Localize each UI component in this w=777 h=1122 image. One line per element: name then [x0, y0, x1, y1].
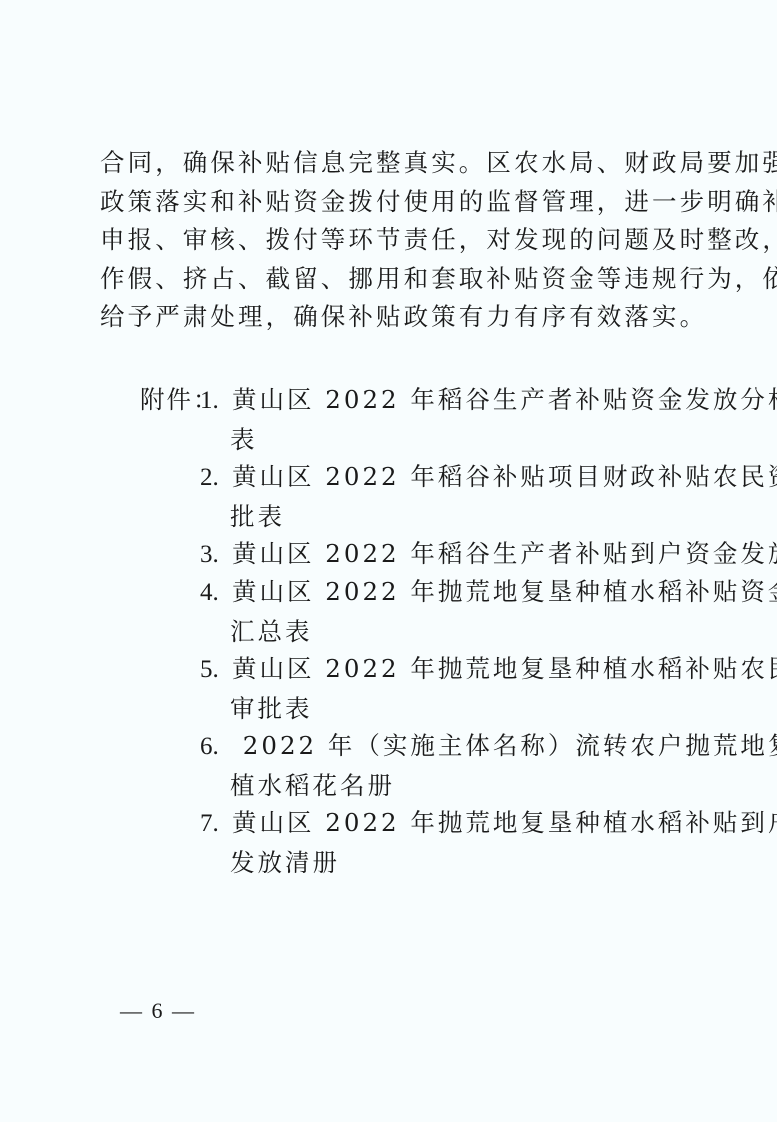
- attachment-item: 6. 2022 年（实施主体名称）流转农户抛荒地复垦种 植水稻花名册: [200, 727, 777, 805]
- page-number: — 6 —: [120, 998, 196, 1024]
- attachment-line-continued: 汇总表: [200, 613, 777, 652]
- attachment-title: 2022 年（实施主体名称）流转农户抛荒地复垦种: [232, 731, 777, 760]
- attachment-title: 黄山区 2022 年稻谷生产者补贴到户资金发放清册: [232, 539, 777, 568]
- body-paragraph: 合同，确保补贴信息完整真实。区农水局、财政局要加强对补贴 政策落实和补贴资金拨付…: [100, 144, 690, 337]
- body-line: 给予严肃处理，确保补贴政策有力有序有效落实。: [100, 298, 690, 337]
- attachment-number: 7.: [200, 805, 232, 844]
- attachment-number: 1.: [200, 382, 232, 421]
- attachment-line: 1.黄山区 2022 年稻谷生产者补贴资金发放分村汇总: [200, 381, 777, 421]
- attachment-title: 黄山区 2022 年抛荒地复垦种植水稻补贴到户资金: [232, 808, 777, 837]
- body-line: 合同，确保补贴信息完整真实。区农水局、财政局要加强对补贴: [100, 144, 690, 183]
- body-line: 申报、审核、拨付等环节责任，对发现的问题及时整改，对弄虚: [100, 221, 690, 260]
- document-page: 合同，确保补贴信息完整真实。区农水局、财政局要加强对补贴 政策落实和补贴资金拨付…: [0, 0, 777, 1122]
- attachment-item: 2.黄山区 2022 年稻谷补贴项目财政补贴农民资金审 批表: [200, 458, 777, 536]
- attachment-line-continued: 植水稻花名册: [200, 767, 777, 806]
- attachment-item: 3.黄山区 2022 年稻谷生产者补贴到户资金发放清册: [200, 535, 777, 575]
- attachment-number: 2.: [200, 459, 232, 498]
- attachment-title: 黄山区 2022 年稻谷补贴项目财政补贴农民资金审: [232, 462, 777, 491]
- attachment-line-continued: 批表: [200, 498, 777, 537]
- attachment-number: 3.: [200, 536, 232, 575]
- attachment-line: 6. 2022 年（实施主体名称）流转农户抛荒地复垦种: [200, 727, 777, 767]
- attachment-number: 6.: [200, 728, 232, 767]
- attachment-line-continued: 审批表: [200, 690, 777, 729]
- attachment-number: 5.: [200, 651, 232, 690]
- attachment-item: 5.黄山区 2022 年抛荒地复垦种植水稻补贴农民资金 审批表: [200, 650, 777, 728]
- body-line: 作假、挤占、截留、挪用和套取补贴资金等违规行为，依法依规: [100, 260, 690, 299]
- attachment-title: 黄山区 2022 年抛荒地复垦种植水稻补贴农民资金: [232, 654, 777, 683]
- attachment-number: 4.: [200, 574, 232, 613]
- attachment-line: 7.黄山区 2022 年抛荒地复垦种植水稻补贴到户资金: [200, 804, 777, 844]
- attachment-item: 1.黄山区 2022 年稻谷生产者补贴资金发放分村汇总 表: [200, 381, 777, 459]
- attachment-line: 5.黄山区 2022 年抛荒地复垦种植水稻补贴农民资金: [200, 650, 777, 690]
- attachment-title: 黄山区 2022 年抛荒地复垦种植水稻补贴资金发放: [232, 577, 777, 606]
- attachment-line: 3.黄山区 2022 年稻谷生产者补贴到户资金发放清册: [200, 535, 777, 575]
- attachment-item: 7.黄山区 2022 年抛荒地复垦种植水稻补贴到户资金 发放清册: [200, 804, 777, 882]
- attachment-title: 黄山区 2022 年稻谷生产者补贴资金发放分村汇总: [232, 385, 777, 414]
- attachment-line-continued: 表: [200, 421, 777, 460]
- attachment-item: 4.黄山区 2022 年抛荒地复垦种植水稻补贴资金发放 汇总表: [200, 573, 777, 651]
- attachment-line: 4.黄山区 2022 年抛荒地复垦种植水稻补贴资金发放: [200, 573, 777, 613]
- attachment-line-continued: 发放清册: [200, 844, 777, 883]
- body-line: 政策落实和补贴资金拨付使用的监督管理，进一步明确补贴资金: [100, 183, 690, 222]
- attachment-line: 2.黄山区 2022 年稻谷补贴项目财政补贴农民资金审: [200, 458, 777, 498]
